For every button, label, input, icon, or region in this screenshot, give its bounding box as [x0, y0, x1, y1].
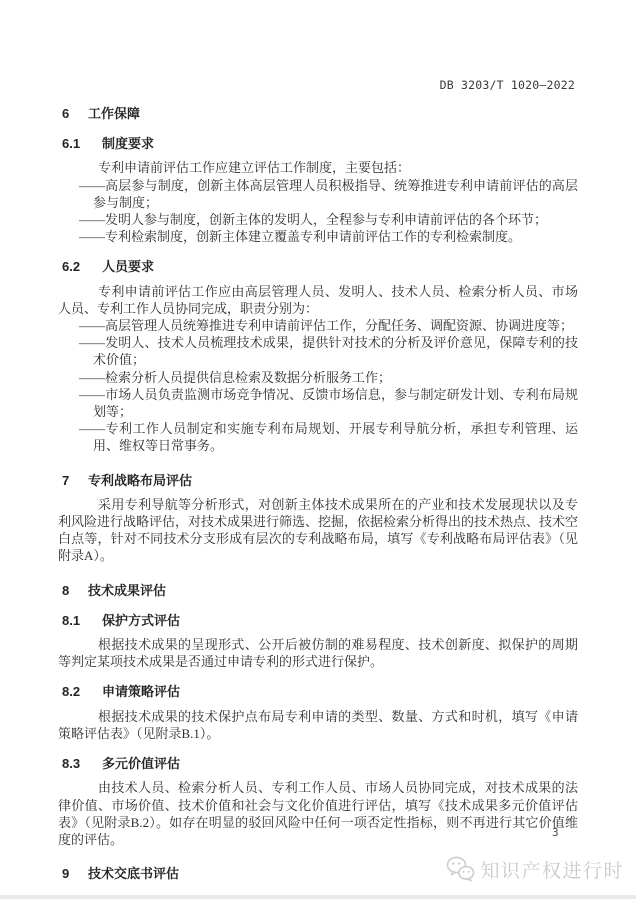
dash-list-item: ——高层参与制度，创新主体高层管理人员积极指导、统筹推进专利申请前评估的高层参与… [58, 177, 578, 211]
paragraph: 由技术人员、检索分析人员、专利工作人员、市场人员协同完成，对技术成果的法律价值、… [58, 779, 578, 848]
dash-list-item: ——专利工作人员制定和实施专利布局规划、开展专利导航分析，承担专利管理、运用、维… [58, 420, 578, 454]
paragraph: 根据技术成果的技术保护点布局专利申请的类型、数量、方式和时机，填写《申请策略评估… [58, 708, 578, 742]
heading-title: 工作保障 [88, 106, 140, 121]
heading-title: 保护方式评估 [102, 613, 180, 628]
paragraph: 专利申请前评估工作应由高层管理人员、发明人、技术人员、检索分析人员、市场人员、专… [58, 283, 578, 317]
paragraph: 采用专利导航等分析形式，对创新主体技术成果所在的产业和技术发展现状以及专利风险进… [58, 496, 578, 565]
heading-number: 8 [62, 582, 88, 599]
heading-number: 6.1 [62, 135, 102, 152]
heading-number: 7 [62, 472, 88, 489]
heading-title: 申请策略评估 [102, 684, 180, 699]
section-heading: 7专利战略布局评估 [62, 472, 578, 489]
wechat-watermark: 知识产权进行时 [446, 856, 624, 883]
dash-list-item: ——发明人参与制度，创新主体的发明人，全程参与专利申请前评估的各个环节； [58, 211, 578, 228]
subsection-heading: 8.1保护方式评估 [62, 612, 578, 629]
heading-number: 9 [62, 865, 88, 882]
watermark-text: 知识产权进行时 [480, 856, 624, 883]
heading-number: 6 [62, 105, 88, 122]
subsection-heading: 8.3多元价值评估 [62, 755, 578, 772]
paragraph: 根据技术成果的呈现形式、公开后被仿制的难易程度、技术创新度、拟保护的周期等判定某… [58, 636, 578, 670]
heading-title: 人员要求 [102, 259, 154, 274]
subsection-heading: 6.1制度要求 [62, 135, 578, 152]
paragraph: 专利申请前评估工作应建立评估工作制度，主要包括： [58, 159, 578, 176]
heading-number: 8.3 [62, 755, 102, 772]
subsection-heading: 6.2人员要求 [62, 258, 578, 275]
dash-list-item: ——高层管理人员统筹推进专利申请前评估工作，分配任务、调配资源、协调进度等； [58, 317, 578, 334]
heading-number: 8.2 [62, 683, 102, 700]
dash-list-item: ——市场人员负责监测市场竞争情况、反馈市场信息，参与制定研发计划、专利布局规划等… [58, 386, 578, 420]
standard-code: DB 3203/T 1020—2022 [440, 78, 575, 92]
heading-title: 技术成果评估 [88, 583, 166, 598]
dash-list-item: ——检索分析人员提供信息检索及数据分析服务工作； [58, 369, 578, 386]
document-page: DB 3203/T 1020—2022 6工作保障6.1制度要求专利申请前评估工… [0, 0, 636, 900]
page-number: 3 [552, 826, 559, 839]
wechat-icon [446, 856, 475, 883]
dash-list-item: ——专利检索制度，创新主体建立覆盖专利申请前评估工作的专利检索制度。 [58, 228, 578, 245]
document-body: 6工作保障6.1制度要求专利申请前评估工作应建立评估工作制度，主要包括：——高层… [58, 91, 578, 882]
heading-number: 6.2 [62, 258, 102, 275]
heading-title: 多元价值评估 [102, 756, 180, 771]
dash-list-item: ——发明人、技术人员梳理技术成果，提供针对技术的分析及评价意见，保障专利的技术价… [58, 334, 578, 368]
section-heading: 6工作保障 [62, 105, 578, 122]
page-bottom-divider [0, 895, 636, 899]
subsection-heading: 8.2申请策略评估 [62, 683, 578, 700]
section-heading: 8技术成果评估 [62, 582, 578, 599]
heading-title: 专利战略布局评估 [88, 473, 192, 488]
heading-title: 制度要求 [102, 136, 154, 151]
heading-title: 技术交底书评估 [88, 866, 179, 881]
heading-number: 8.1 [62, 612, 102, 629]
